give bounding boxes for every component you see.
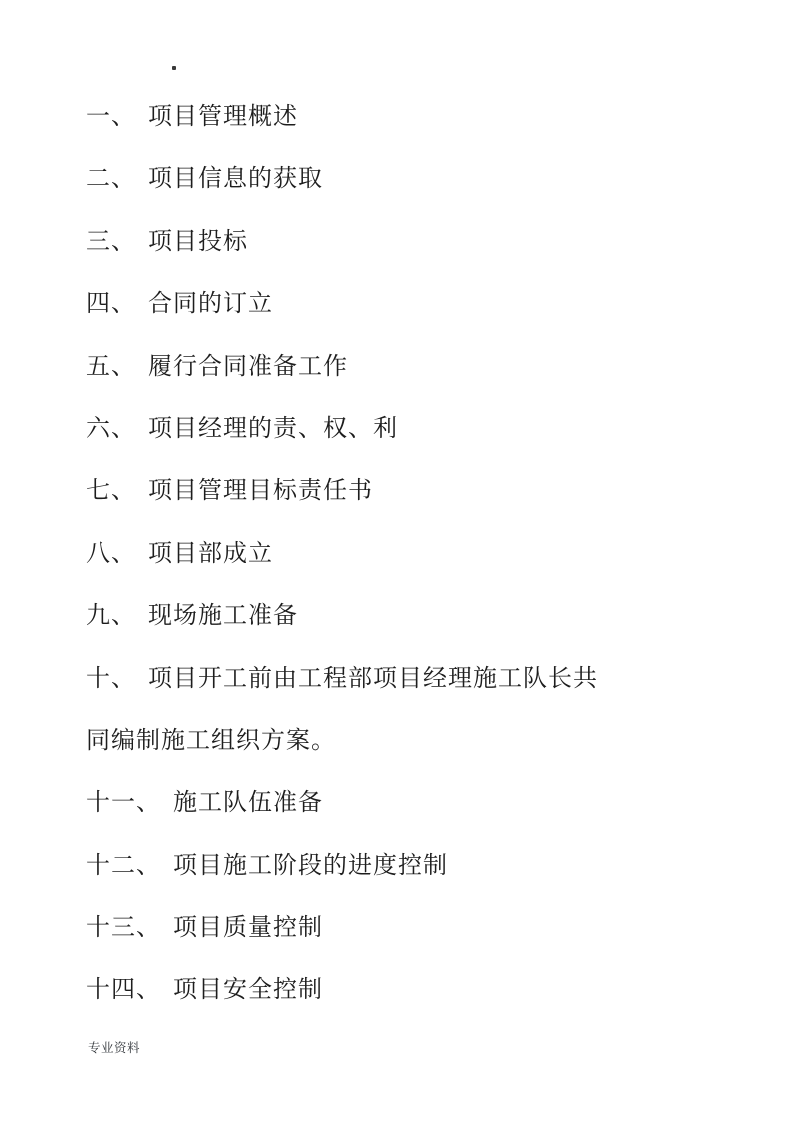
stray-mark-dot (172, 66, 176, 70)
toc-list: 一、项目管理概述 二、项目信息的获取 三、项目投标 四、合同的订立 五、履行合同… (86, 86, 706, 1022)
toc-line-text: 同编制施工组织方案。 (86, 728, 336, 754)
toc-line-text: 项目信息的获取 (148, 166, 323, 192)
toc-line-marker: 四、 (86, 291, 136, 317)
toc-line: 八、项目部成立 (86, 523, 706, 585)
toc-line: 六、项目经理的责、权、利 (86, 398, 706, 460)
toc-line: 十、项目开工前由工程部项目经理施工队长共 (86, 648, 706, 710)
footer-note: 专业资料 (88, 1038, 140, 1056)
toc-line-text: 项目投标 (148, 229, 248, 255)
toc-line: 五、履行合同准备工作 (86, 336, 706, 398)
toc-line: 二、项目信息的获取 (86, 148, 706, 210)
toc-line-text: 施工队伍准备 (173, 790, 323, 816)
toc-line: 七、项目管理目标责任书 (86, 460, 706, 522)
document-page: 一、项目管理概述 二、项目信息的获取 三、项目投标 四、合同的订立 五、履行合同… (0, 0, 792, 1122)
toc-line: 三、项目投标 (86, 211, 706, 273)
toc-line-text: 项目管理目标责任书 (148, 478, 373, 504)
toc-line: 十四、项目安全控制 (86, 959, 706, 1021)
toc-line: 十三、项目质量控制 (86, 897, 706, 959)
toc-line-text: 合同的订立 (148, 291, 273, 317)
toc-line-text: 项目管理概述 (148, 104, 298, 130)
toc-line-text: 项目施工阶段的进度控制 (173, 853, 448, 879)
toc-line-marker: 二、 (86, 166, 136, 192)
toc-line-marker: 十、 (86, 666, 136, 692)
toc-line: 九、现场施工准备 (86, 585, 706, 647)
toc-line-marker: 八、 (86, 541, 136, 567)
toc-line-text: 项目质量控制 (173, 915, 323, 941)
toc-line: 十一、施工队伍准备 (86, 772, 706, 834)
toc-line-marker: 十一、 (86, 790, 161, 816)
toc-line-marker: 五、 (86, 354, 136, 380)
toc-line-marker: 一、 (86, 104, 136, 130)
toc-line-marker: 十二、 (86, 853, 161, 879)
toc-line-marker: 九、 (86, 603, 136, 629)
toc-line-text: 项目部成立 (148, 541, 273, 567)
toc-line-text: 现场施工准备 (148, 603, 298, 629)
toc-line-continuation: 同编制施工组织方案。 (86, 710, 706, 772)
toc-line-text: 项目开工前由工程部项目经理施工队长共 (148, 666, 598, 692)
toc-line-text: 项目经理的责、权、利 (148, 416, 398, 442)
toc-line: 十二、项目施工阶段的进度控制 (86, 835, 706, 897)
toc-line-text: 项目安全控制 (173, 977, 323, 1003)
toc-line: 四、合同的订立 (86, 273, 706, 335)
toc-line: 一、项目管理概述 (86, 86, 706, 148)
toc-line-marker: 七、 (86, 478, 136, 504)
toc-line-marker: 十三、 (86, 915, 161, 941)
toc-line-marker: 十四、 (86, 977, 161, 1003)
toc-line-marker: 三、 (86, 229, 136, 255)
toc-line-text: 履行合同准备工作 (148, 354, 348, 380)
toc-line-marker: 六、 (86, 416, 136, 442)
